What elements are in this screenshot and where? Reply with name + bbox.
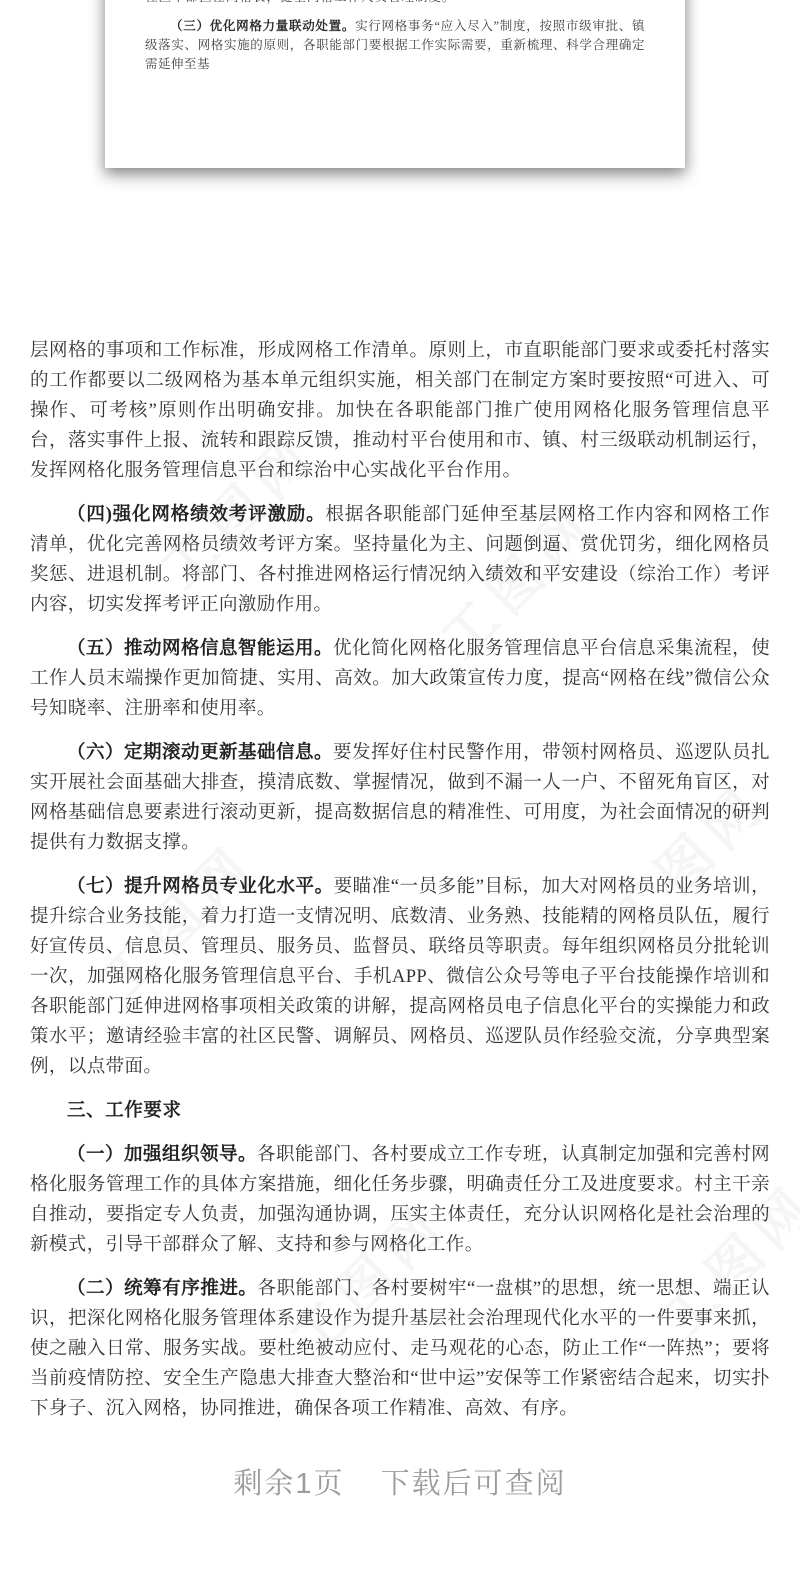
paragraph-item-7: （七）提升网格员专业化水平。要瞄准“一员多能”目标，加大对网格员的业务培训，提升… (30, 872, 770, 1082)
paragraph-lead: （二）统筹有序推进。 (67, 1279, 257, 1299)
document-preview-page: 工图网 工图网 工图网 工图网 工图网 工图网 社区干部担任网格长，健全网格工作… (0, 0, 800, 1569)
clipped-text-line: 社区干部担任网格长，健全网格工作人员管理制度。 (145, 0, 645, 7)
paragraph-item-1: （一）加强组织领导。各职能部门、各村要成立工作专班，认真制定加强和完善村网格化服… (30, 1140, 770, 1260)
paragraph-item-2: （二）统筹有序推进。各职能部门、各村要树牢“一盘棋”的思想，统一思想、端正认识，… (30, 1274, 770, 1424)
remaining-pages-hint: 剩余1页下载后可查阅 (0, 1462, 800, 1506)
paragraph-lead: （七）提升网格员专业化水平。 (67, 877, 334, 897)
paragraph-continuation: 层网格的事项和工作标准，形成网格工作清单。原则上，市直职能部门要求或委托村落实的… (30, 336, 770, 486)
paragraph-lead: （四)强化网格绩效考评激励。 (67, 505, 326, 525)
paragraph-item-4: （四)强化网格绩效考评激励。根据各职能部门延伸至基层网格工作内容和网格工作清单，… (30, 500, 770, 620)
doc-page-preview-card: 社区干部担任网格长，健全网格工作人员管理制度。 （三）优化网格力量联动处置。实行… (105, 0, 685, 168)
remaining-pages-label: 剩余1页 (233, 1468, 344, 1500)
paragraph-item-5: （五）推动网格信息智能运用。优化简化网格化服务管理信息平台信息采集流程，使工作人… (30, 634, 770, 724)
paragraph-lead: （六）定期滚动更新基础信息。 (67, 743, 333, 763)
download-to-view-label: 下载后可查阅 (381, 1468, 567, 1500)
paragraph-text: 各职能部门、各村要树牢“一盘棋”的思想，统一思想、端正认识，把深化网格化服务管理… (30, 1279, 770, 1419)
paragraph-lead: （一）加强组织领导。 (67, 1145, 257, 1165)
preview-paragraph-lead: （三）优化网格力量联动处置。 (170, 19, 355, 33)
document-body: 层网格的事项和工作标准，形成网格工作清单。原则上，市直职能部门要求或委托村落实的… (0, 336, 800, 1438)
preview-paragraph: （三）优化网格力量联动处置。实行网格事务“应入尽入”制度，按照市级审批、镇级落实… (145, 17, 645, 74)
paragraph-item-6: （六）定期滚动更新基础信息。要发挥好住村民警作用，带领村网格员、巡逻队员扎实开展… (30, 738, 770, 858)
section-heading: 三、工作要求 (30, 1096, 770, 1126)
paragraph-text: 要瞄准“一员多能”目标，加大对网格员的业务培训，提升综合业务技能，着力打造一支情… (30, 877, 770, 1077)
paragraph-text: 层网格的事项和工作标准，形成网格工作清单。原则上，市直职能部门要求或委托村落实的… (30, 341, 770, 481)
paragraph-lead: （五）推动网格信息智能运用。 (67, 639, 333, 659)
